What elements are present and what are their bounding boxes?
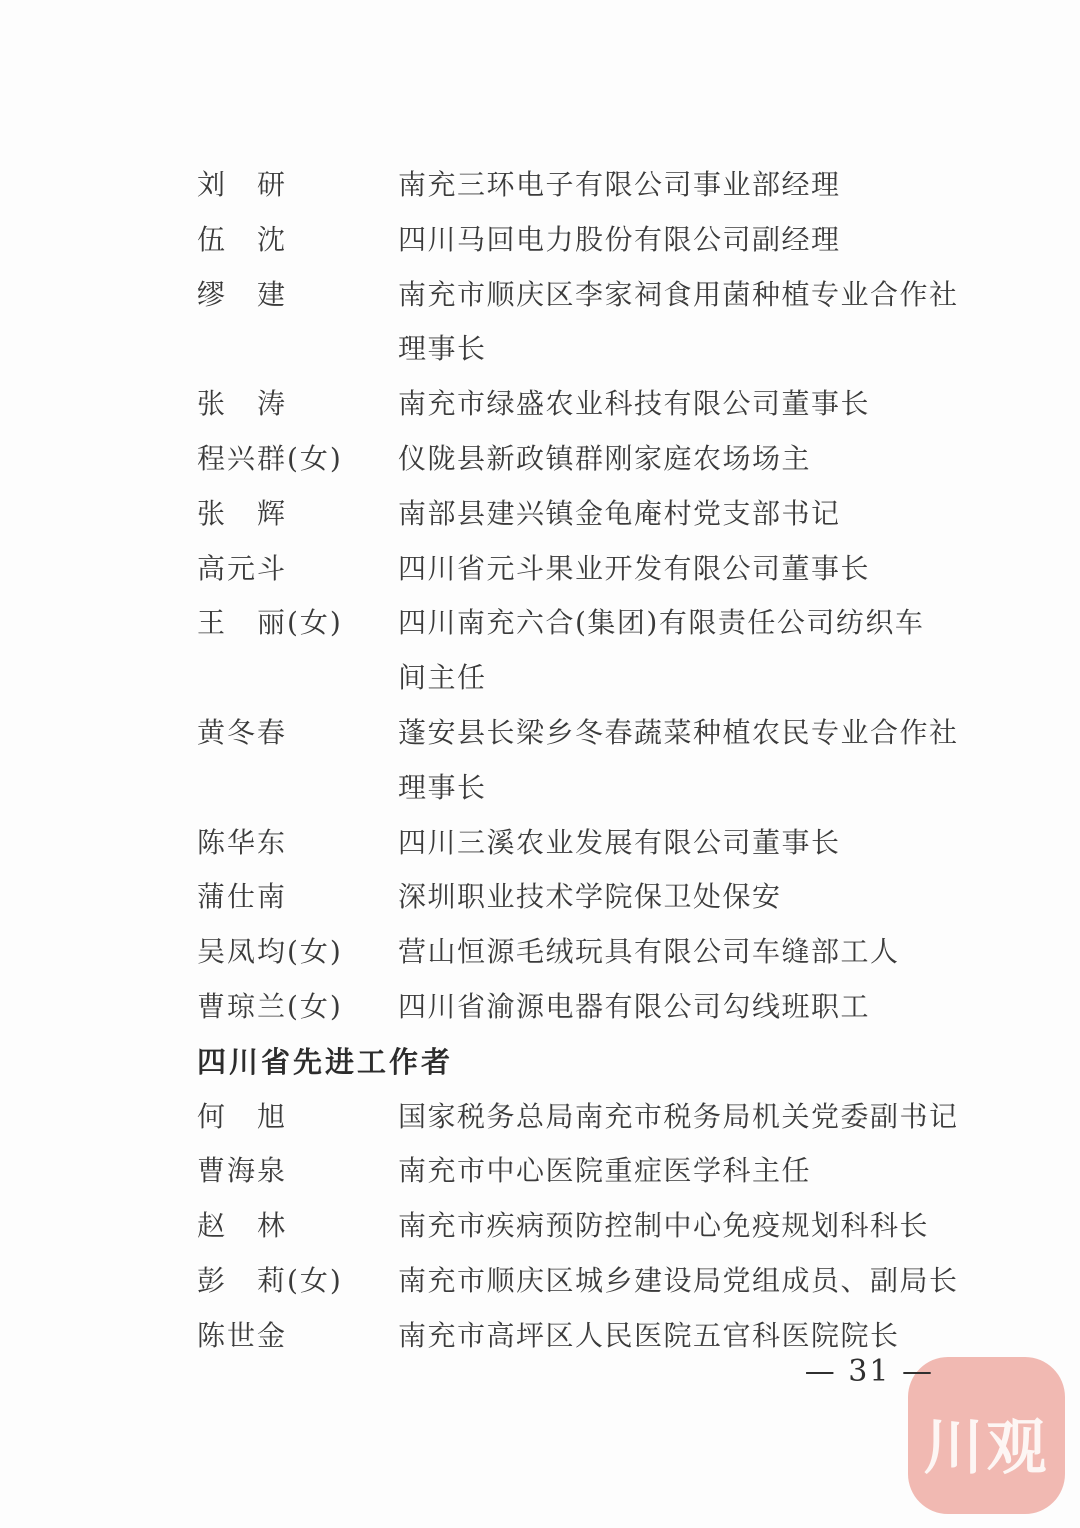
awardee-title-line: 南充市中心医院重症医学科主任 bbox=[398, 1144, 1000, 1199]
awardee-title: 四川省元斗果业开发有限公司董事长 bbox=[398, 542, 1000, 597]
page-number: — 31 — bbox=[805, 1352, 934, 1392]
section-heading: 四川省先进工作者 bbox=[197, 1035, 1000, 1090]
watermark-text: 川观 bbox=[924, 1386, 1050, 1486]
awardee-title: 南充市疾病预防控制中心免疫规划科科长 bbox=[398, 1199, 1000, 1254]
awardee-name: 何 旭 bbox=[197, 1090, 398, 1145]
table-row: 张 涛 南充市绿盛农业科技有限公司董事长 bbox=[197, 377, 1000, 432]
awardee-title-line: 蓬安县长梁乡冬春蔬菜种植农民专业合作社 bbox=[398, 706, 1000, 761]
awardee-name: 王 丽(女) bbox=[197, 596, 398, 651]
table-row: 黄冬春 蓬安县长梁乡冬春蔬菜种植农民专业合作社 理事长 bbox=[197, 706, 1000, 816]
awardee-title-line: 四川省元斗果业开发有限公司董事长 bbox=[398, 542, 1000, 597]
awardee-list: 刘 研 南充三环电子有限公司事业部经理 伍 沈 四川马回电力股份有限公司副经理 … bbox=[197, 158, 1000, 1364]
awardee-name: 吴凤均(女) bbox=[197, 925, 398, 980]
awardee-name: 彭 莉(女) bbox=[197, 1254, 398, 1309]
awardee-name: 程兴群(女) bbox=[197, 432, 398, 487]
awardee-title-line: 理事长 bbox=[398, 761, 1000, 816]
awardee-name: 张 辉 bbox=[197, 487, 398, 542]
table-row: 张 辉 南部县建兴镇金龟庵村党支部书记 bbox=[197, 487, 1000, 542]
awardee-title: 四川马回电力股份有限公司副经理 bbox=[398, 213, 1000, 268]
table-row: 曹海泉 南充市中心医院重症医学科主任 bbox=[197, 1144, 1000, 1199]
awardee-title-line: 仪陇县新政镇群刚家庭农场场主 bbox=[398, 432, 1000, 487]
awardee-title: 仪陇县新政镇群刚家庭农场场主 bbox=[398, 432, 1000, 487]
awardee-name: 陈世金 bbox=[197, 1309, 398, 1364]
awardee-title: 南充市顺庆区李家祠食用菌种植专业合作社 理事长 bbox=[398, 268, 1000, 378]
awardee-title: 南充三环电子有限公司事业部经理 bbox=[398, 158, 1000, 213]
table-row: 赵 林 南充市疾病预防控制中心免疫规划科科长 bbox=[197, 1199, 1000, 1254]
awardee-title: 蓬安县长梁乡冬春蔬菜种植农民专业合作社 理事长 bbox=[398, 706, 1000, 816]
awardee-name: 蒲仕南 bbox=[197, 870, 398, 925]
table-row: 伍 沈 四川马回电力股份有限公司副经理 bbox=[197, 213, 1000, 268]
awardee-title: 南部县建兴镇金龟庵村党支部书记 bbox=[398, 487, 1000, 542]
awardee-name: 伍 沈 bbox=[197, 213, 398, 268]
awardee-title-line: 四川马回电力股份有限公司副经理 bbox=[398, 213, 1000, 268]
awardee-name: 高元斗 bbox=[197, 542, 398, 597]
awardee-name: 缪 建 bbox=[197, 268, 398, 323]
awardee-title-line: 四川省渝源电器有限公司勾线班职工 bbox=[398, 980, 1000, 1035]
awardee-name: 曹海泉 bbox=[197, 1144, 398, 1199]
table-row: 彭 莉(女) 南充市顺庆区城乡建设局党组成员、副局长 bbox=[197, 1254, 1000, 1309]
awardee-name: 赵 林 bbox=[197, 1199, 398, 1254]
awardee-title: 南充市顺庆区城乡建设局党组成员、副局长 bbox=[398, 1254, 1000, 1309]
awardee-title-line: 间主任 bbox=[398, 651, 1000, 706]
awardee-name: 曹琼兰(女) bbox=[197, 980, 398, 1035]
table-row: 王 丽(女) 四川南充六合(集团)有限责任公司纺织车 间主任 bbox=[197, 596, 1000, 706]
table-row: 何 旭 国家税务总局南充市税务局机关党委副书记 bbox=[197, 1090, 1000, 1145]
awardee-title-line: 深圳职业技术学院保卫处保安 bbox=[398, 870, 1000, 925]
document-page: 刘 研 南充三环电子有限公司事业部经理 伍 沈 四川马回电力股份有限公司副经理 … bbox=[0, 0, 1080, 1528]
awardee-title-line: 营山恒源毛绒玩具有限公司车缝部工人 bbox=[398, 925, 1000, 980]
awardee-title: 四川省渝源电器有限公司勾线班职工 bbox=[398, 980, 1000, 1035]
awardee-title-line: 理事长 bbox=[398, 322, 1000, 377]
awardee-title-line: 南充市顺庆区城乡建设局党组成员、副局长 bbox=[398, 1254, 1000, 1309]
table-row: 吴凤均(女) 营山恒源毛绒玩具有限公司车缝部工人 bbox=[197, 925, 1000, 980]
awardee-title: 深圳职业技术学院保卫处保安 bbox=[398, 870, 1000, 925]
awardee-title: 四川三溪农业发展有限公司董事长 bbox=[398, 816, 1000, 871]
awardee-title-line: 南充市绿盛农业科技有限公司董事长 bbox=[398, 377, 1000, 432]
table-row: 程兴群(女) 仪陇县新政镇群刚家庭农场场主 bbox=[197, 432, 1000, 487]
awardee-title: 营山恒源毛绒玩具有限公司车缝部工人 bbox=[398, 925, 1000, 980]
awardee-name: 黄冬春 bbox=[197, 706, 398, 761]
table-row: 曹琼兰(女) 四川省渝源电器有限公司勾线班职工 bbox=[197, 980, 1000, 1035]
awardee-name: 陈华东 bbox=[197, 816, 398, 871]
table-row: 高元斗 四川省元斗果业开发有限公司董事长 bbox=[197, 542, 1000, 597]
awardee-title-line: 南充市疾病预防控制中心免疫规划科科长 bbox=[398, 1199, 1000, 1254]
table-row: 陈华东 四川三溪农业发展有限公司董事长 bbox=[197, 816, 1000, 871]
awardee-title-line: 南充市顺庆区李家祠食用菌种植专业合作社 bbox=[398, 268, 1000, 323]
awardee-title: 国家税务总局南充市税务局机关党委副书记 bbox=[398, 1090, 1000, 1145]
table-row: 刘 研 南充三环电子有限公司事业部经理 bbox=[197, 158, 1000, 213]
awardee-name: 张 涛 bbox=[197, 377, 398, 432]
awardee-title: 南充市中心医院重症医学科主任 bbox=[398, 1144, 1000, 1199]
awardee-title-line: 国家税务总局南充市税务局机关党委副书记 bbox=[398, 1090, 1000, 1145]
awardee-title: 四川南充六合(集团)有限责任公司纺织车 间主任 bbox=[398, 596, 1000, 706]
table-row: 缪 建 南充市顺庆区李家祠食用菌种植专业合作社 理事长 bbox=[197, 268, 1000, 378]
awardee-title-line: 南部县建兴镇金龟庵村党支部书记 bbox=[398, 487, 1000, 542]
awardee-title-line: 南充三环电子有限公司事业部经理 bbox=[398, 158, 1000, 213]
awardee-title-line: 四川三溪农业发展有限公司董事长 bbox=[398, 816, 1000, 871]
awardee-name: 刘 研 bbox=[197, 158, 398, 213]
awardee-title-line: 四川南充六合(集团)有限责任公司纺织车 bbox=[398, 596, 1000, 651]
table-row: 蒲仕南 深圳职业技术学院保卫处保安 bbox=[197, 870, 1000, 925]
awardee-title: 南充市绿盛农业科技有限公司董事长 bbox=[398, 377, 1000, 432]
